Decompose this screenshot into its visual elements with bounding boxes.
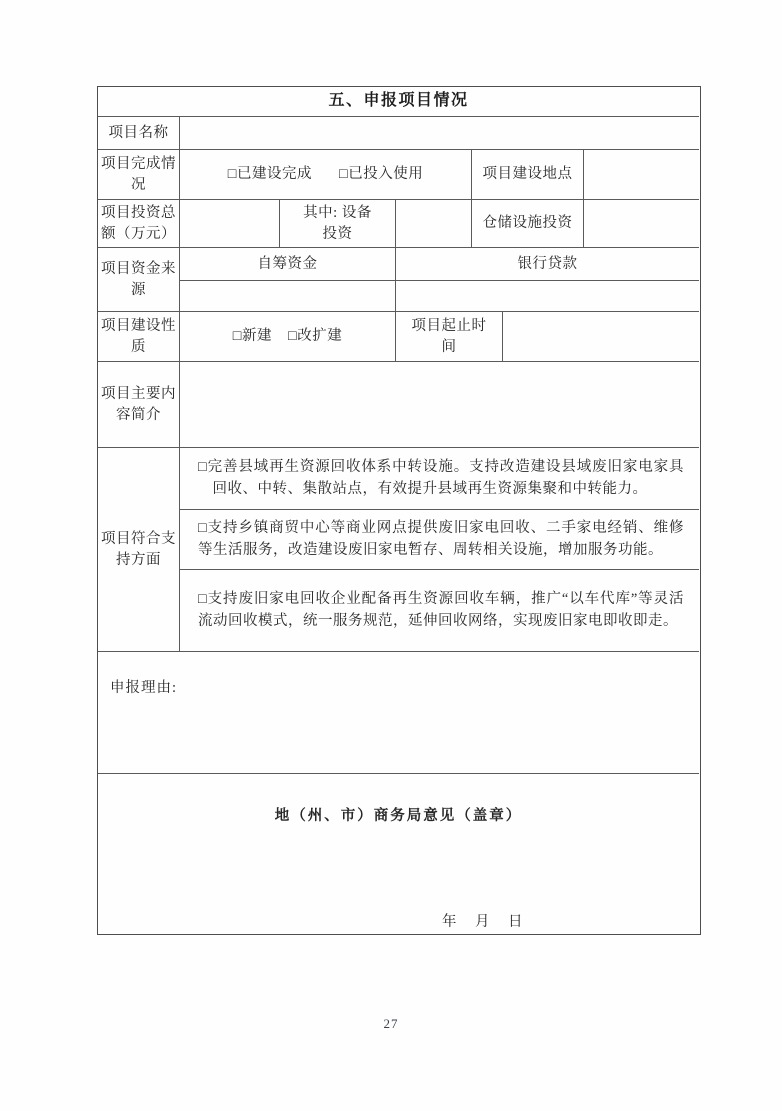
support-option-3: □支持废旧家电回收企业配备再生资源回收车辆，推广“以车代库”等灵活流动回收模式，… xyxy=(180,570,699,652)
project-period-value xyxy=(503,312,699,362)
completion-status-label: 项目完成情 况 xyxy=(98,150,180,200)
scanned-form-page: 五、申报项目情况 项目名称 项目完成情 况 □已建设完成 □已投入使用 项目建设… xyxy=(0,0,782,1111)
project-summary-label: 项目主要内 容简介 xyxy=(98,362,180,448)
bureau-opinion-title: 地（州、市）商务局意见（盖章） xyxy=(98,806,699,827)
investment-total-label: 项目投资总 额（万元） xyxy=(98,200,180,248)
storage-investment-label: 仓储设施投资 xyxy=(472,200,584,248)
equipment-investment-value xyxy=(396,200,472,248)
bank-loan-value xyxy=(396,281,699,312)
storage-investment-value xyxy=(584,200,699,248)
checkbox-put-into-use: □已投入使用 xyxy=(339,164,423,185)
support-option-1-text: □完善县域再生资源回收体系中转设施。支持改造建设县域废旧家电家具回收、中转、集散… xyxy=(198,457,684,499)
equipment-investment-label: 其中: 设备 投资 xyxy=(280,200,396,248)
project-summary-value xyxy=(180,362,699,448)
nature-options-row: □新建 □改扩建 xyxy=(233,326,343,347)
support-aspect-label: 项目符合支 持方面 xyxy=(98,448,180,652)
form-title: 五、申报项目情况 xyxy=(98,87,699,117)
construction-site-value xyxy=(584,150,699,200)
bank-loan-header: 银行贷款 xyxy=(396,248,699,281)
declaration-reason-cell: 申报理由: xyxy=(98,652,699,774)
bureau-opinion-cell: 地（州、市）商务局意见（盖章） 年 月 日 xyxy=(98,774,699,933)
support-option-3-text: □支持废旧家电回收企业配备再生资源回收车辆，推广“以车代库”等灵活流动回收模式，… xyxy=(198,589,684,631)
project-name-value xyxy=(180,117,699,150)
date-line: 年 月 日 xyxy=(442,912,525,933)
declaration-reason-label: 申报理由: xyxy=(110,678,177,699)
construction-nature-label: 项目建设性 质 xyxy=(98,312,180,362)
self-raised-funds-value xyxy=(180,281,396,312)
checkbox-new-construction: □新建 xyxy=(233,326,272,347)
project-name-label: 项目名称 xyxy=(98,117,180,150)
completion-options-row: □已建设完成 □已投入使用 xyxy=(228,164,424,185)
form-table: 五、申报项目情况 项目名称 项目完成情 况 □已建设完成 □已投入使用 项目建设… xyxy=(97,86,701,935)
support-option-1: □完善县域再生资源回收体系中转设施。支持改造建设县域废旧家电家具回收、中转、集散… xyxy=(180,448,699,510)
investment-total-value xyxy=(180,200,280,248)
self-raised-funds-header: 自筹资金 xyxy=(180,248,396,281)
support-option-2: □支持乡镇商贸中心等商业网点提供废旧家电回收、二手家电经销、维修等生活服务，改造… xyxy=(180,510,699,570)
checkbox-renovation-expansion: □改扩建 xyxy=(288,326,342,347)
construction-site-label: 项目建设地点 xyxy=(472,150,584,200)
nature-options-cell: □新建 □改扩建 xyxy=(180,312,396,362)
page-number: 27 xyxy=(0,1016,782,1032)
support-option-2-text: □支持乡镇商贸中心等商业网点提供废旧家电回收、二手家电经销、维修等生活服务，改造… xyxy=(198,518,684,560)
checkbox-built-completed: □已建设完成 xyxy=(228,164,312,185)
project-period-label: 项目起止时 间 xyxy=(396,312,503,362)
funding-source-label: 项目资金来 源 xyxy=(98,248,180,312)
completion-options-cell: □已建设完成 □已投入使用 xyxy=(180,150,472,200)
